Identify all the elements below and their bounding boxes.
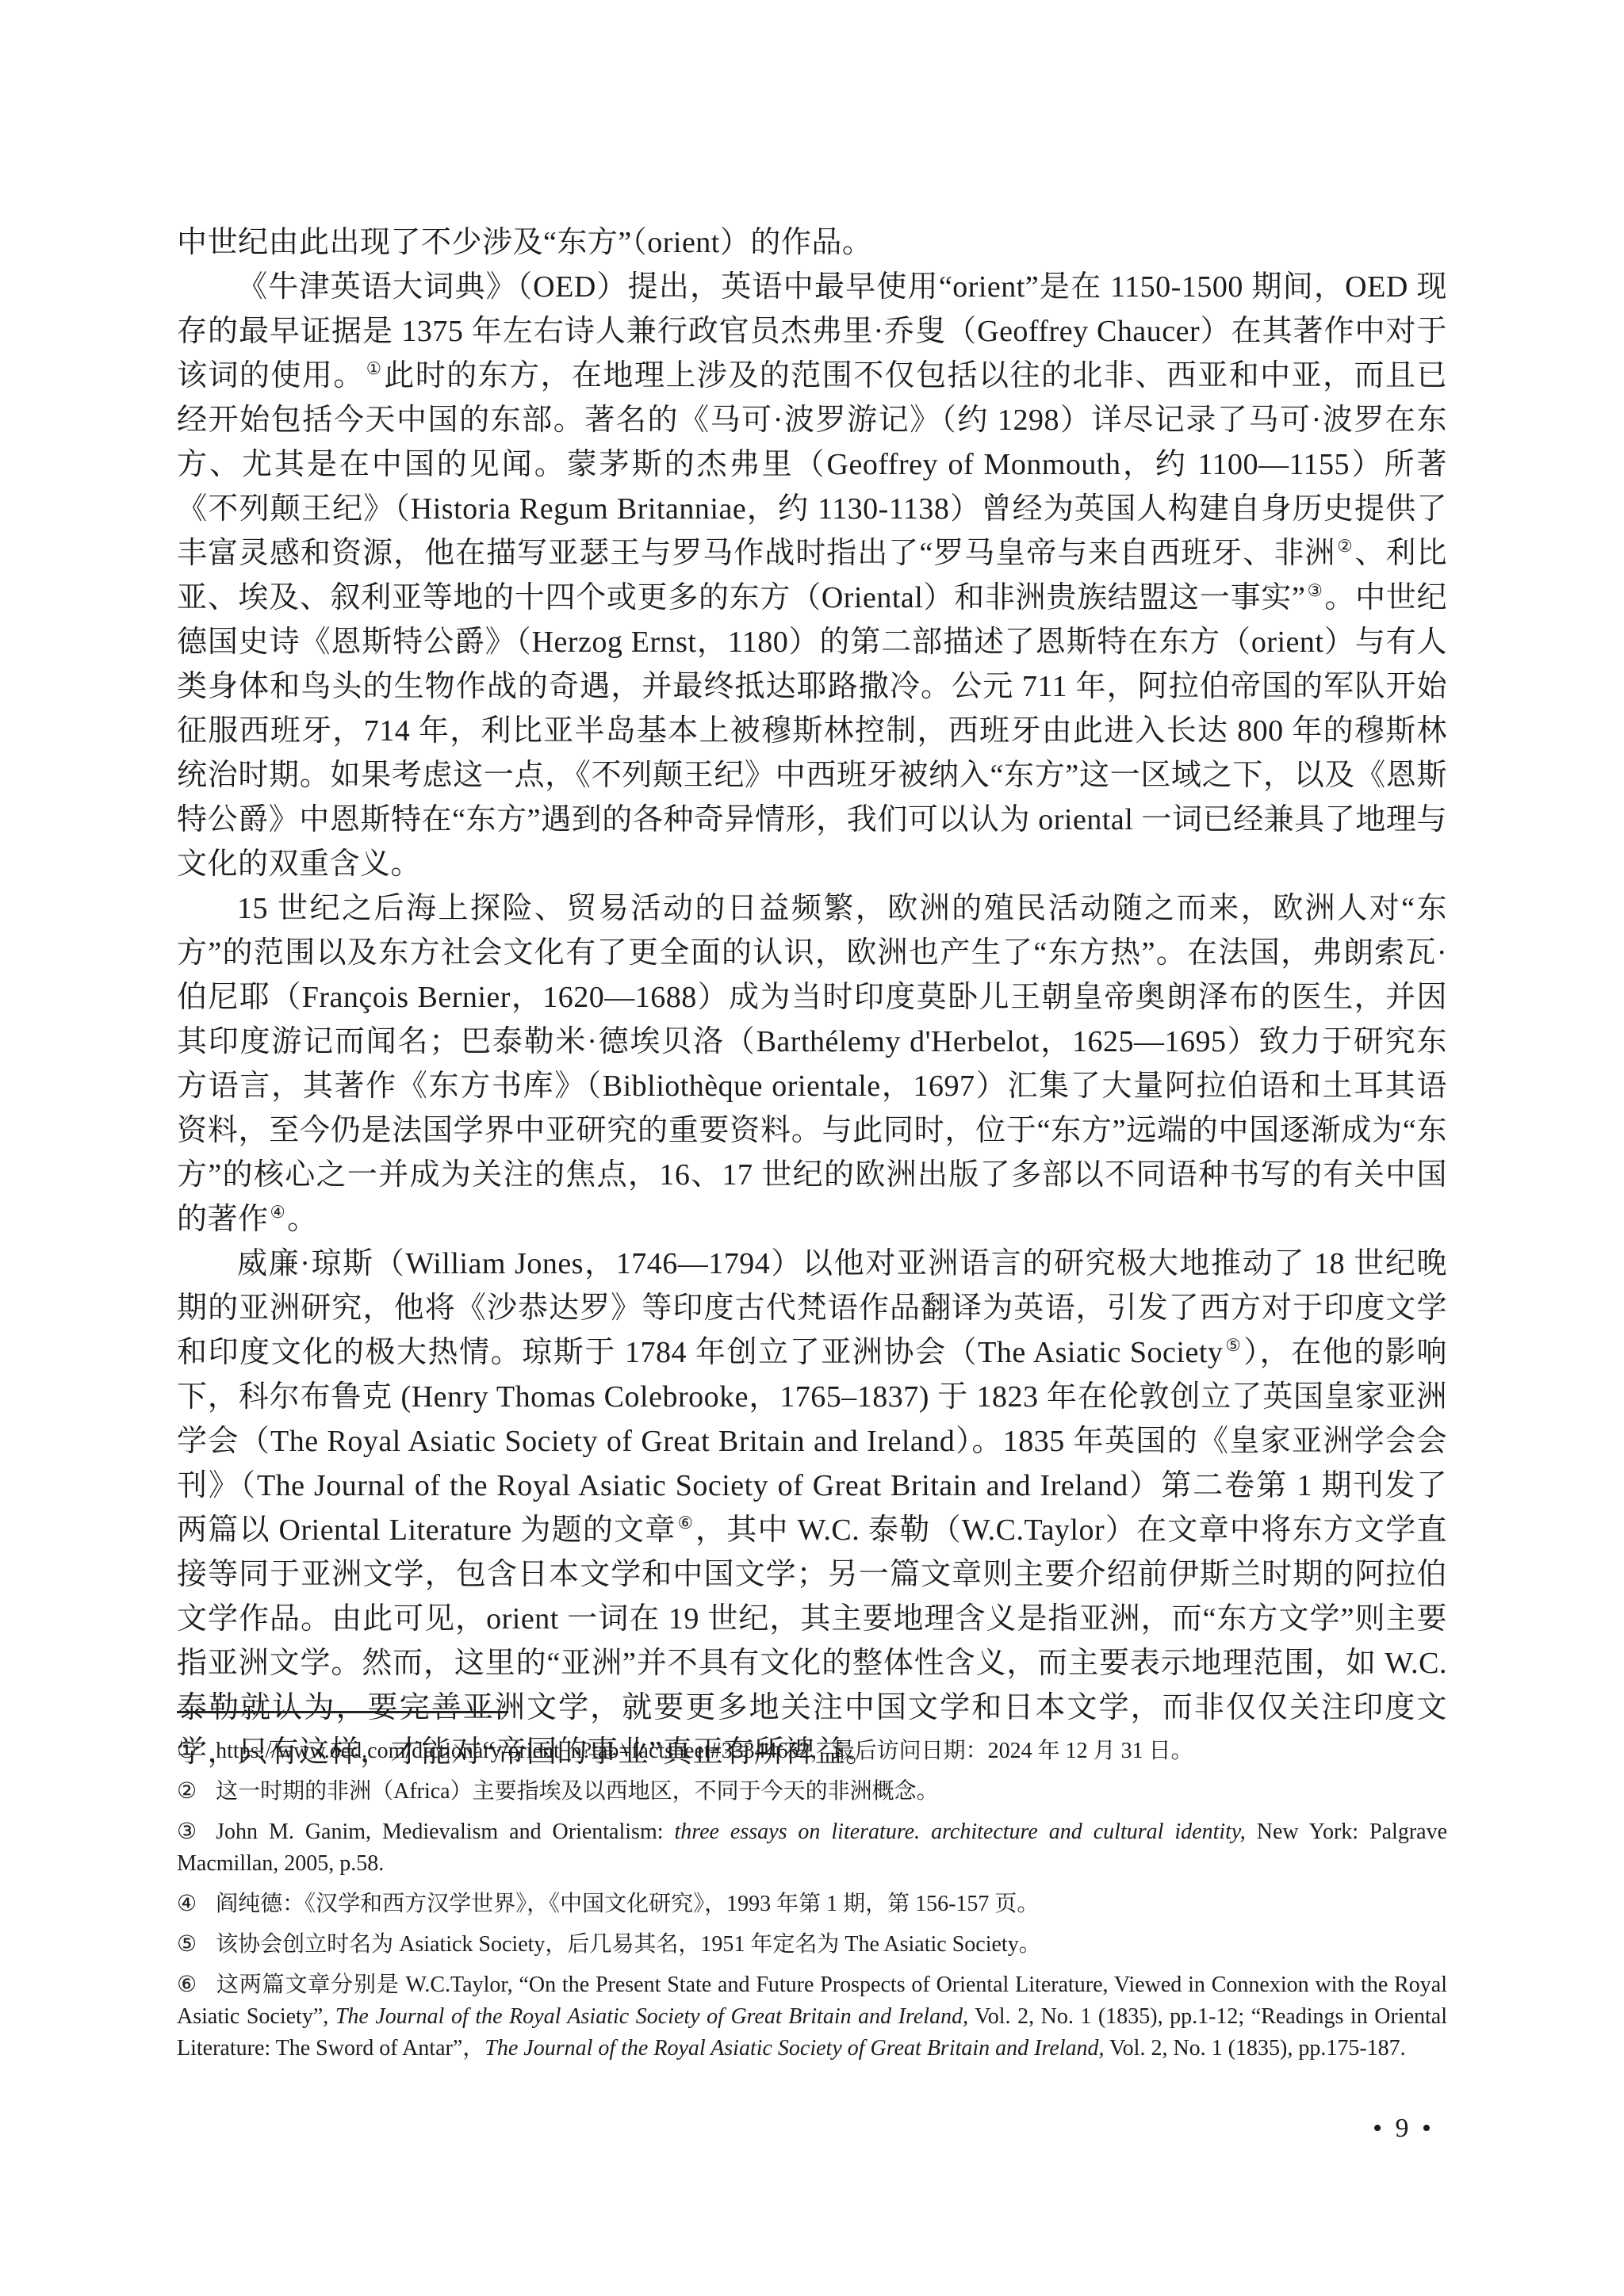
text-run: 这一时期的非洲（Africa）主要指埃及以西地区，不同于今天的非洲概念。 (216, 1779, 939, 1804)
footnote-item: ⑤该协会创立时名为 Asiatick Society，后几易其名，1951 年定… (177, 1929, 1447, 1961)
page-number: • 9 • (1316, 2114, 1491, 2144)
footnote-list: ①https://www.oed.com/dictionary/orient_n… (177, 1735, 1447, 2064)
footnote-ref: ⑤ (1223, 1336, 1243, 1355)
footnote-item: ⑥这两篇文章分别是 W.C.Taylor, “On the Present St… (177, 1969, 1447, 2064)
footnote-item: ④阎纯德：《汉学和西方汉学世界》，《中国文化研究》，1993 年第 1 期，第 … (177, 1888, 1447, 1920)
text-run: 阎纯德：《汉学和西方汉学世界》，《中国文化研究》，1993 年第 1 期，第 1… (216, 1892, 1039, 1916)
body-paragraph: 15 世纪之后海上探险、贸易活动的日益频繁，欧洲的殖民活动随之而来，欧洲人对“东… (177, 886, 1447, 1242)
body-paragraph: 中世纪由此出现了不少涉及“东方”（orient）的作品。 (177, 220, 1447, 265)
footnote-ref: ③ (1305, 581, 1324, 600)
italic-text: The Journal of the Royal Asiatic Society… (485, 2036, 1104, 2061)
footnote-ref: ⑥ (676, 1513, 695, 1533)
footnote-item: ②这一时期的非洲（Africa）主要指埃及以西地区，不同于今天的非洲概念。 (177, 1776, 1447, 1808)
text-run: 。 (287, 1203, 318, 1236)
body-paragraph: 《牛津英语大词典》（OED）提出，英语中最早使用“orient”是在 1150-… (177, 265, 1447, 886)
text-run: 中世纪由此出现了不少涉及“东方”（orient）的作品。 (177, 226, 872, 259)
footnote-item: ③John M. Ganim, Medievalism and Oriental… (177, 1816, 1447, 1880)
footnote-marker: ① (177, 1735, 197, 1767)
text-run: https://www.oed.com/dictionary/orient_n?… (216, 1739, 1193, 1763)
text-run: 15 世纪之后海上探险、贸易活动的日益频繁，欧洲的殖民活动随之而来，欧洲人对“东… (177, 892, 1447, 1236)
text-run: Vol. 2, No. 1 (1835), pp.175-187. (1105, 2036, 1406, 2061)
text-run: 。中世纪德国史诗《恩斯特公爵》（Herzog Ernst，1180）的第二部描述… (177, 581, 1447, 881)
footnote-ref: ① (365, 359, 385, 378)
italic-text: three essays on literature. architecture… (674, 1820, 1245, 1844)
footnote-marker: ② (177, 1776, 197, 1808)
footnote-marker: ⑥ (177, 1969, 197, 2001)
footnote-marker: ④ (177, 1888, 197, 1920)
footnote-marker: ③ (177, 1816, 197, 1848)
footnote-ref: ② (1335, 537, 1354, 556)
footnote-ref: ④ (269, 1203, 288, 1222)
footnote-section: ①https://www.oed.com/dictionary/orient_n… (177, 1711, 1447, 2073)
text-run: John M. Ganim, Medievalism and Orientali… (216, 1820, 674, 1844)
body-paragraph: 威廉·琼斯（William Jones，1746—1794）以他对亚洲语言的研究… (177, 1242, 1447, 1774)
footnote-item: ①https://www.oed.com/dictionary/orient_n… (177, 1735, 1447, 1767)
footnote-separator (177, 1711, 508, 1713)
footnote-marker: ⑤ (177, 1929, 197, 1961)
text-run: 该协会创立时名为 Asiatick Society，后几易其名，1951 年定名… (216, 1932, 1041, 1957)
document-page: 中世纪由此出现了不少涉及“东方”（orient）的作品。《牛津英语大词典》（OE… (0, 0, 1624, 2296)
italic-text: The Journal of the Royal Asiatic Society… (335, 2004, 968, 2029)
text-run: 此时的东方，在地理上涉及的范围不仅包括以往的北非、西亚和中亚，而且已经开始包括今… (177, 359, 1447, 570)
body-text: 中世纪由此出现了不少涉及“东方”（orient）的作品。《牛津英语大词典》（OE… (177, 220, 1447, 1774)
